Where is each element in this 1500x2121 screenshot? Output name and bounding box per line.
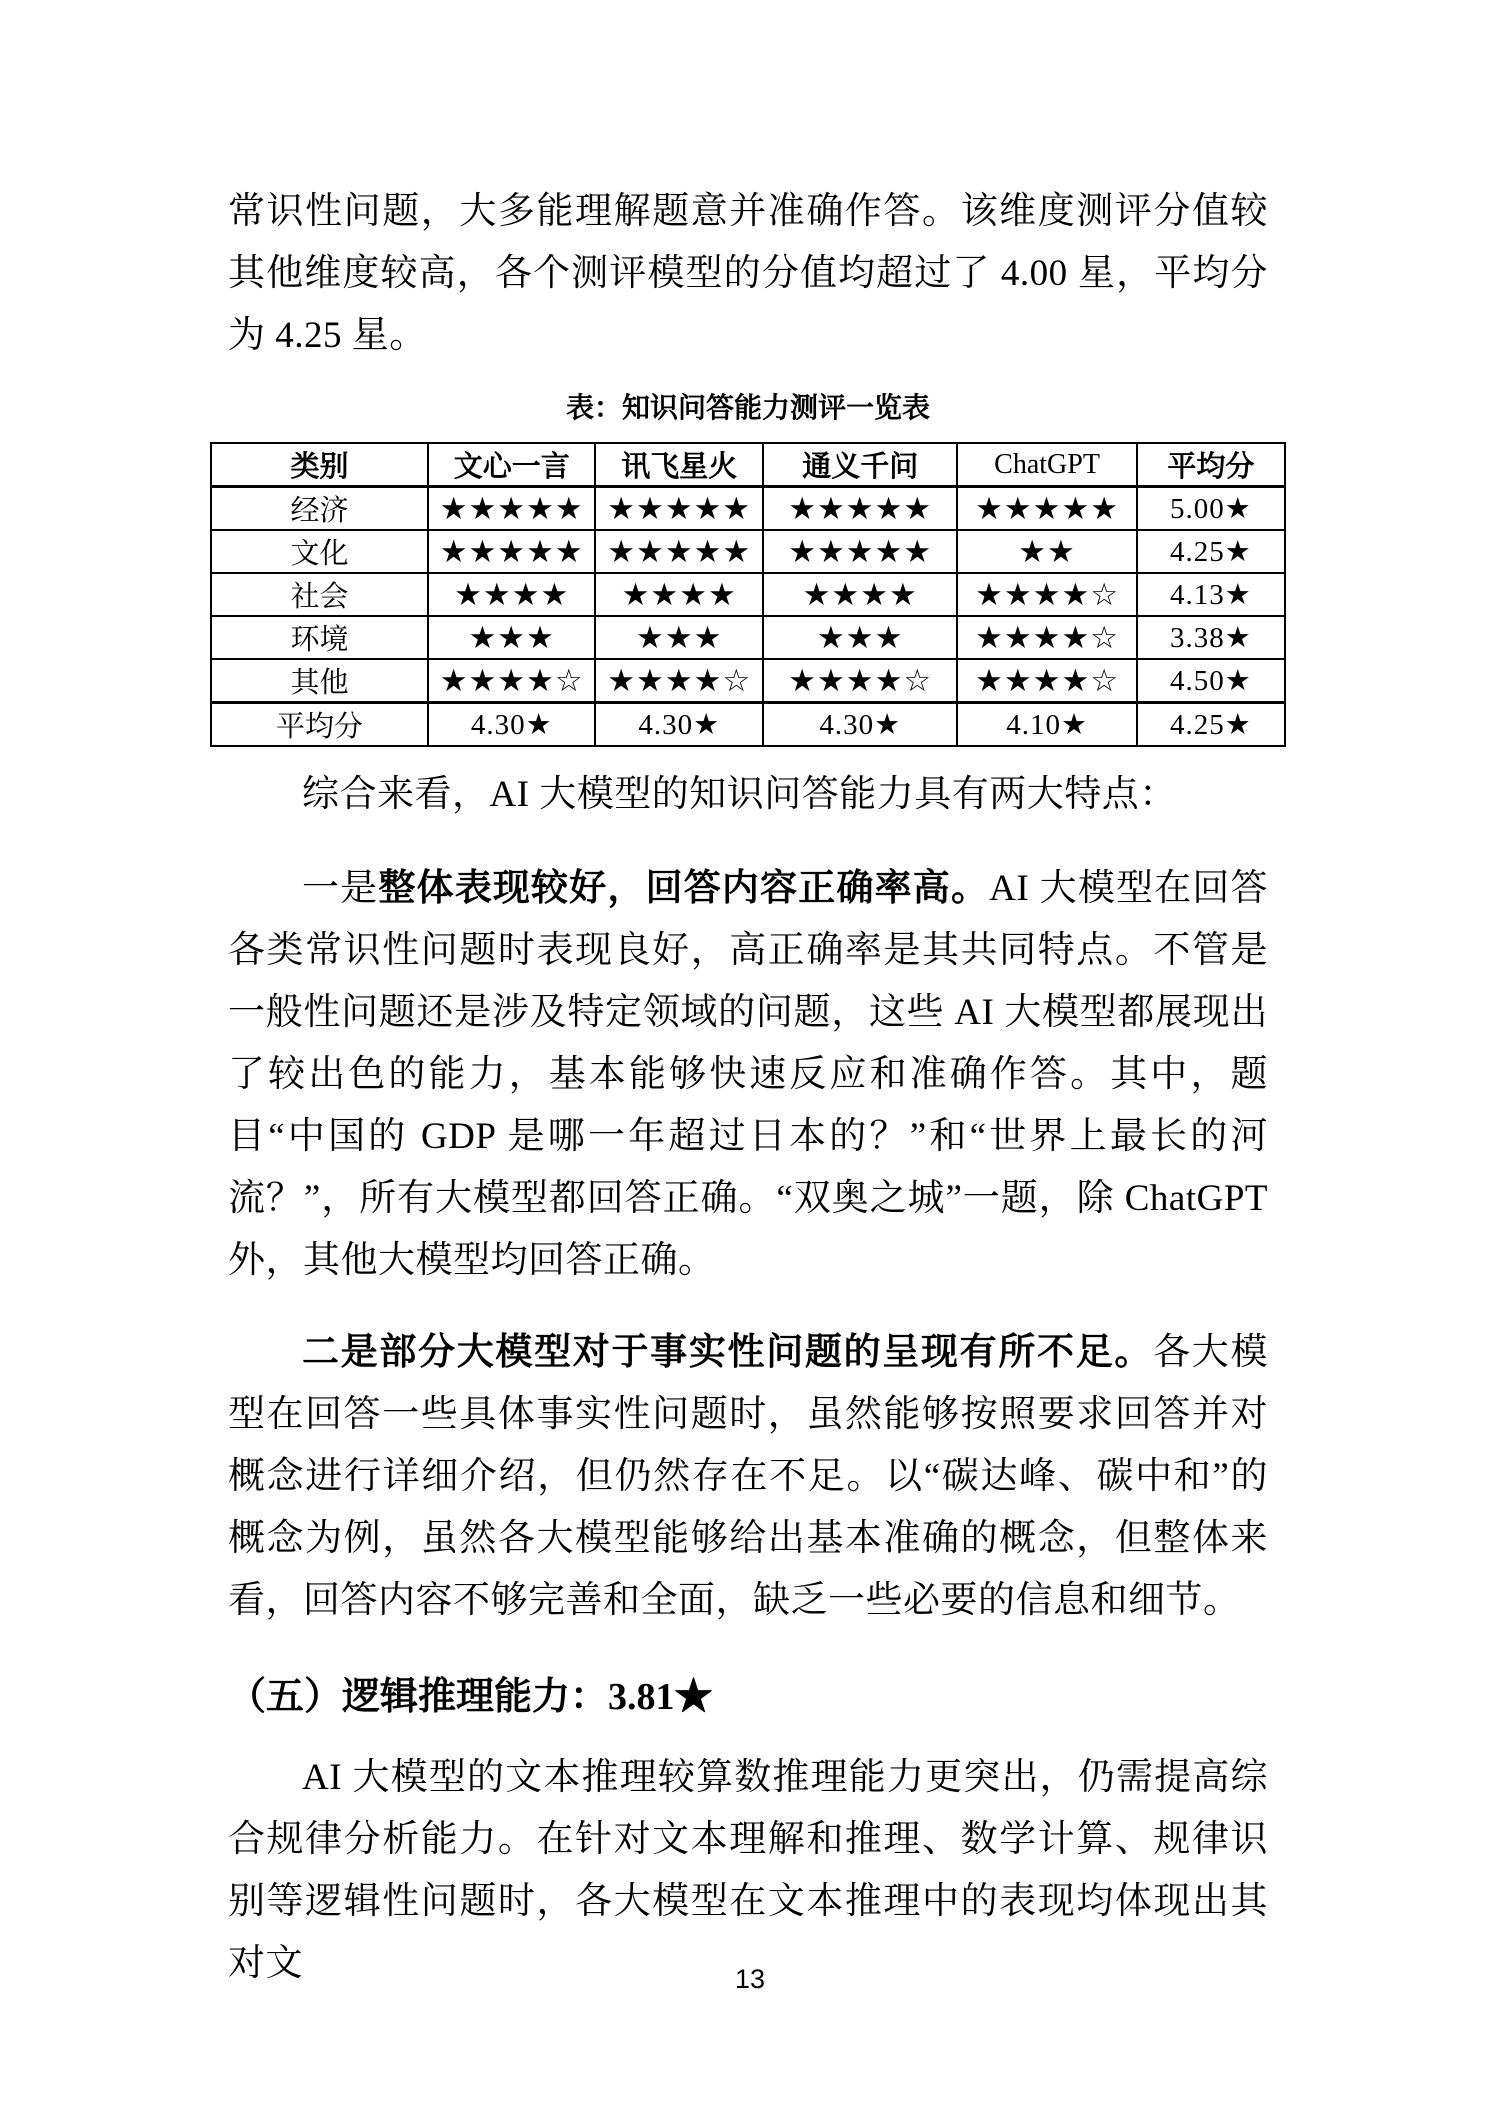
- page-content: 常识性问题，大多能理解题意并准确作答。该维度测评分值较其他维度较高，各个测评模型…: [228, 181, 1268, 1995]
- point-one-bold: 整体表现较好，回答内容正确率高。: [378, 868, 989, 909]
- rating-cell: ★★★★: [428, 573, 596, 616]
- category-cell: 经济: [211, 487, 428, 531]
- rating-cell: ★★★: [763, 616, 957, 659]
- average-cell: 4.13★: [1137, 573, 1285, 616]
- rating-cell: ★★: [957, 530, 1136, 573]
- category-cell: 环境: [211, 616, 428, 659]
- paragraph-logic-intro: AI 大模型的文本推理较算数推理能力更突出，仍需提高综合规律分析能力。在针对文本…: [228, 1747, 1268, 1995]
- paragraph-summary: 综合来看，AI 大模型的知识问答能力具有两大特点：: [228, 764, 1268, 826]
- point-one-prefix: 一是: [302, 868, 378, 909]
- table-header-row: 类别 文心一言 讯飞星火 通义千问 ChatGPT 平均分: [211, 443, 1285, 487]
- rating-cell: ★★★★★: [595, 530, 763, 573]
- average-cell: 5.00★: [1137, 487, 1285, 531]
- paragraph-continuation: 常识性问题，大多能理解题意并准确作答。该维度测评分值较其他维度较高，各个测评模型…: [228, 181, 1268, 367]
- rating-cell: ★★★★☆: [595, 659, 763, 703]
- header-category: 类别: [211, 443, 428, 487]
- table-row-culture: 文化 ★★★★★ ★★★★★ ★★★★★ ★★ 4.25★: [211, 530, 1285, 573]
- table-row-environment: 环境 ★★★ ★★★ ★★★ ★★★★☆ 3.38★: [211, 616, 1285, 659]
- header-tongyiqianwen: 通义千问: [763, 443, 957, 487]
- rating-cell: ★★★★★: [428, 487, 596, 531]
- category-cell: 其他: [211, 659, 428, 703]
- header-xunfeixinghuo: 讯飞星火: [595, 443, 763, 487]
- table-row-economy: 经济 ★★★★★ ★★★★★ ★★★★★ ★★★★★ 5.00★: [211, 487, 1285, 531]
- rating-cell: ★★★★★: [428, 530, 596, 573]
- rating-cell: ★★★: [428, 616, 596, 659]
- average-cell: 4.25★: [1137, 530, 1285, 573]
- average-cell: 4.30★: [763, 703, 957, 747]
- rating-cell: ★★★★: [595, 573, 763, 616]
- section-heading-logic-reasoning: （五）逻辑推理能力：3.81★: [228, 1672, 1268, 1722]
- header-average: 平均分: [1137, 443, 1285, 487]
- document-page: 常识性问题，大多能理解题意并准确作答。该维度测评分值较其他维度较高，各个测评模型…: [0, 0, 1500, 2121]
- header-chatgpt: ChatGPT: [957, 443, 1136, 487]
- point-one-text: AI 大模型在回答各类常识性问题时表现良好，高正确率是其共同特点。不管是一般性问…: [228, 868, 1268, 1281]
- table-row-other: 其他 ★★★★☆ ★★★★☆ ★★★★☆ ★★★★☆ 4.50★: [211, 659, 1285, 703]
- rating-cell: ★★★★★: [763, 487, 957, 531]
- header-wenxinyiyan: 文心一言: [428, 443, 596, 487]
- rating-cell: ★★★★★: [763, 530, 957, 573]
- average-cell: 4.50★: [1137, 659, 1285, 703]
- rating-cell: ★★★★★: [957, 487, 1136, 531]
- average-cell: 4.30★: [428, 703, 596, 747]
- category-cell: 文化: [211, 530, 428, 573]
- rating-cell: ★★★★☆: [428, 659, 596, 703]
- average-cell: 3.38★: [1137, 616, 1285, 659]
- table-row-average: 平均分 4.30★ 4.30★ 4.30★ 4.10★ 4.25★: [211, 703, 1285, 747]
- table-row-society: 社会 ★★★★ ★★★★ ★★★★ ★★★★☆ 4.13★: [211, 573, 1285, 616]
- paragraph-point-one: 一是整体表现较好，回答内容正确率高。AI 大模型在回答各类常识性问题时表现良好，…: [228, 858, 1268, 1292]
- table-caption: 表：知识问答能力测评一览表: [228, 389, 1268, 429]
- rating-cell: ★★★★☆: [957, 573, 1136, 616]
- rating-cell: ★★★★☆: [957, 616, 1136, 659]
- rating-cell: ★★★★☆: [763, 659, 957, 703]
- evaluation-table: 类别 文心一言 讯飞星火 通义千问 ChatGPT 平均分 经济 ★★★★★ ★…: [210, 442, 1286, 747]
- point-two-bold: 二是部分大模型对于事实性问题的呈现有所不足。: [302, 1332, 1153, 1373]
- average-cell: 4.30★: [595, 703, 763, 747]
- rating-cell: ★★★: [595, 616, 763, 659]
- rating-cell: ★★★★★: [595, 487, 763, 531]
- average-cell: 4.10★: [957, 703, 1136, 747]
- average-cell: 4.25★: [1137, 703, 1285, 747]
- category-cell: 社会: [211, 573, 428, 616]
- rating-cell: ★★★★☆: [957, 659, 1136, 703]
- category-cell: 平均分: [211, 703, 428, 747]
- page-number: 13: [0, 1964, 1500, 1995]
- rating-cell: ★★★★: [763, 573, 957, 616]
- paragraph-point-two: 二是部分大模型对于事实性问题的呈现有所不足。各大模型在回答一些具体事实性问题时，…: [228, 1322, 1268, 1632]
- point-two-text: 各大模型在回答一些具体事实性问题时，虽然能够按照要求回答并对概念进行详细介绍，但…: [228, 1332, 1268, 1621]
